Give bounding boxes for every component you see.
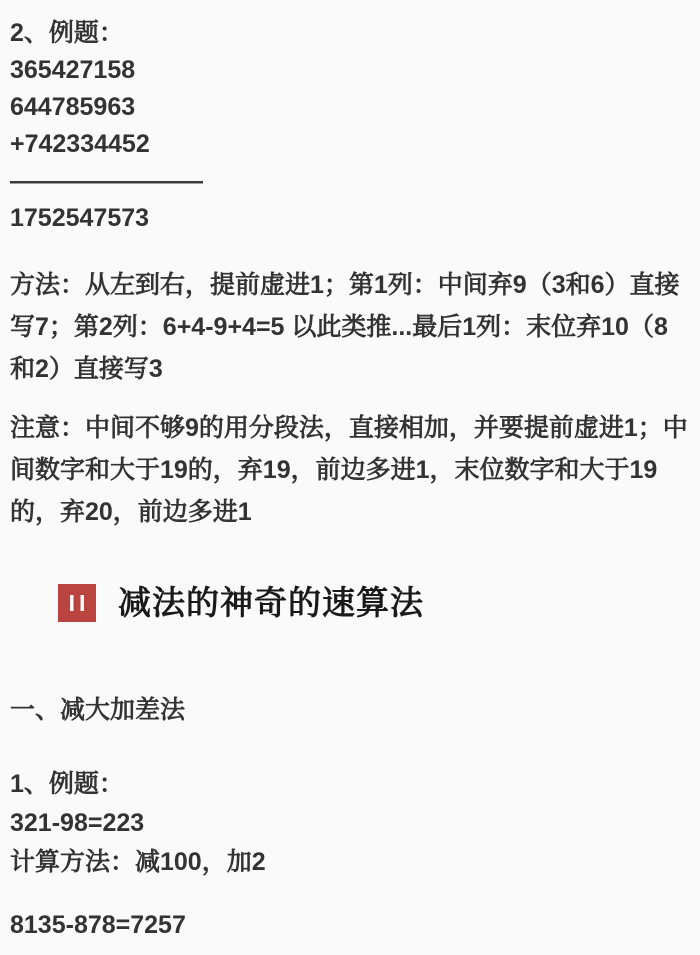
addend-row-1: 365427158 bbox=[10, 52, 692, 89]
addition-method-paragraph: 方法：从左到右，提前虚进1；第1列：中间弃9（3和6）直接写7；第2列：6+4-… bbox=[10, 264, 692, 390]
article-page: 2、例题： 365427158 644785963 +742334452 ———… bbox=[0, 0, 700, 955]
sum-rule-line: ———————— bbox=[10, 163, 692, 200]
addition-example-block: 2、例题： 365427158 644785963 +742334452 ———… bbox=[10, 15, 692, 237]
addition-example-label: 2、例题： bbox=[10, 15, 692, 52]
subtraction-equation-2: 8135-878=7257 bbox=[10, 906, 692, 945]
subsection-title: 一、减大加差法 bbox=[10, 692, 692, 729]
sum-result: 1752547573 bbox=[10, 200, 692, 237]
subtraction-section-header: II 减法的神奇的速算法 bbox=[10, 583, 692, 623]
subtraction-section-heading: 减法的神奇的速算法 bbox=[118, 583, 424, 623]
addition-note-paragraph: 注意：中间不够9的用分段法，直接相加，并要提前虚进1；中间数字和大于19的，弃1… bbox=[10, 407, 692, 533]
addend-row-3: +742334452 bbox=[10, 126, 692, 163]
subtraction-example-block: 1、例题： 321-98=223 计算方法：减100，加2 bbox=[10, 765, 692, 882]
subtraction-equation-1: 321-98=223 bbox=[10, 804, 692, 843]
section-ii-badge-label: II bbox=[65, 592, 90, 615]
addend-row-2: 644785963 bbox=[10, 89, 692, 126]
subtraction-method-line: 计算方法：减100，加2 bbox=[10, 843, 692, 882]
section-ii-badge-icon: II bbox=[58, 584, 96, 622]
subtraction-example-label: 1、例题： bbox=[10, 765, 692, 804]
